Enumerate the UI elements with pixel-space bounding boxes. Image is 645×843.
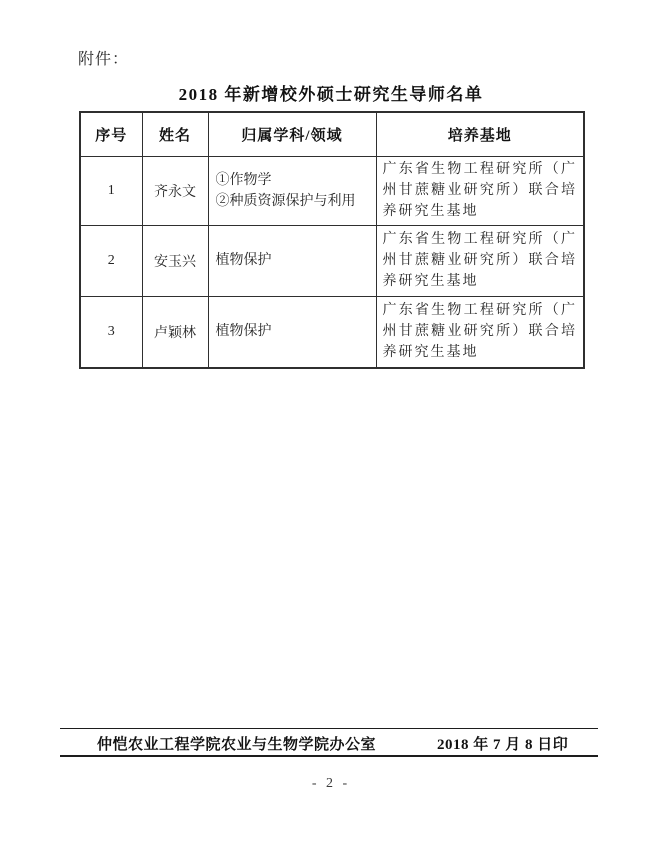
cell-name: 安玉兴 [142, 225, 208, 296]
table-header-field: 归属学科/领域 [208, 112, 376, 156]
footer-office-label: 仲恺农业工程学院农业与生物学院办公室 [97, 733, 376, 754]
cell-base: 广东省生物工程研究所（广州甘蔗糖业研究所）联合培养研究生基地 [376, 296, 584, 368]
page-number: - 2 - [79, 776, 583, 792]
scanned-document-page: 附件： 2018 年新增校外硕士研究生导师名单 序号 姓名 归属学科/领域 培养… [0, 0, 645, 843]
field-line: 植物保护 [216, 250, 370, 271]
table-header-no: 序号 [80, 112, 142, 156]
cell-field: 植物保护 [208, 296, 376, 368]
table-header-base: 培养基地 [376, 112, 584, 156]
footer-print-date: 2018 年 7 月 8 日印 [437, 733, 568, 754]
cell-name: 齐永文 [142, 156, 208, 225]
cell-base: 广东省生物工程研究所（广州甘蔗糖业研究所）联合培养研究生基地 [376, 156, 584, 225]
attachment-label: 附件： [78, 46, 129, 69]
field-line: 植物保护 [216, 321, 370, 342]
field-line: ①作物学 [216, 170, 370, 191]
table-row: 3 卢颖林 植物保护 广东省生物工程研究所（广州甘蔗糖业研究所）联合培养研究生基… [80, 296, 584, 368]
table-header-name: 姓名 [142, 112, 208, 156]
table-row: 2 安玉兴 植物保护 广东省生物工程研究所（广州甘蔗糖业研究所）联合培养研究生基… [80, 225, 584, 296]
table-row: 1 齐永文 ①作物学 ②种质资源保护与利用 广东省生物工程研究所（广州甘蔗糖业研… [80, 156, 584, 225]
cell-no: 2 [80, 225, 142, 296]
cell-name: 卢颖林 [142, 296, 208, 368]
document-title: 2018 年新增校外硕士研究生导师名单 [79, 80, 583, 105]
field-line: ②种质资源保护与利用 [216, 191, 370, 212]
cell-field: 植物保护 [208, 225, 376, 296]
table-header-row: 序号 姓名 归属学科/领域 培养基地 [80, 112, 584, 156]
cell-field: ①作物学 ②种质资源保护与利用 [208, 156, 376, 225]
supervisors-table: 序号 姓名 归属学科/领域 培养基地 1 齐永文 ①作物学 ②种质资源保护与利用… [79, 111, 585, 369]
footer-rule-bottom [60, 755, 598, 757]
cell-base: 广东省生物工程研究所（广州甘蔗糖业研究所）联合培养研究生基地 [376, 225, 584, 296]
cell-no: 3 [80, 296, 142, 368]
footer-rule-top [60, 728, 598, 729]
cell-no: 1 [80, 156, 142, 225]
